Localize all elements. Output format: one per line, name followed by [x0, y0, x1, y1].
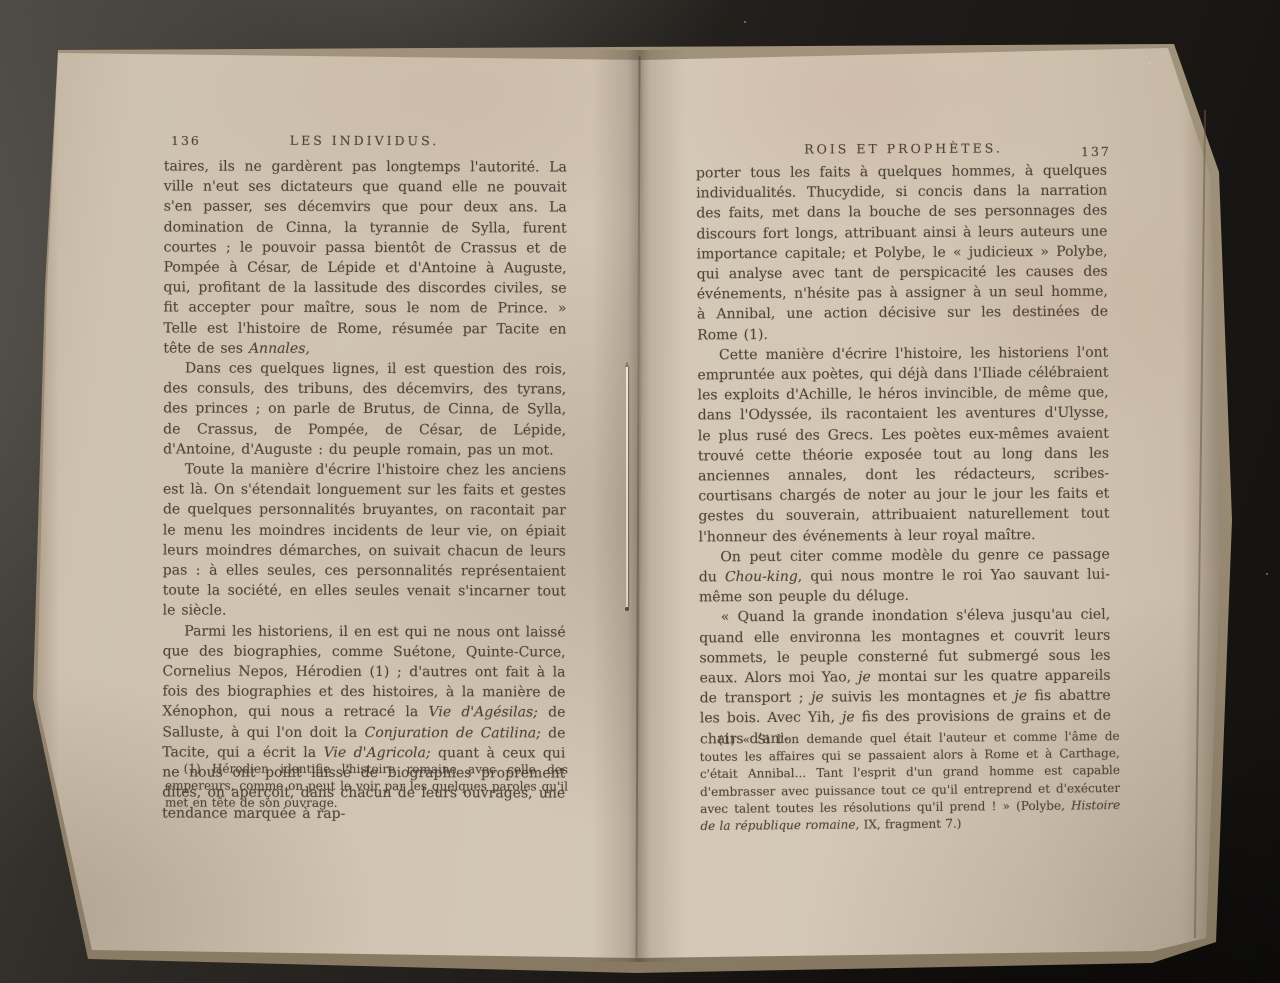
- binding-thread: [626, 366, 628, 608]
- dust-speck: [744, 21, 746, 23]
- paragraph: taires, ils ne gardèrent pas longtemps l…: [163, 156, 567, 359]
- right-page-number: 137: [1081, 144, 1111, 159]
- right-page-footnote: (1) « Si l'on demande quel était l'auteu…: [700, 728, 1121, 835]
- left-page-footnote: (1) Hérodien identifie l'histoire romain…: [165, 760, 568, 813]
- paragraph: (1) Hérodien identifie l'histoire romain…: [165, 760, 568, 813]
- right-page-body: porter tous les faits à quelques hommes,…: [696, 161, 1111, 750]
- right-running-header: ROIS ET PROPHÈTES.: [698, 140, 1109, 157]
- left-running-header: LES INDIVIDUS.: [163, 132, 566, 148]
- left-page-body: taires, ils ne gardèrent pas longtemps l…: [162, 156, 567, 824]
- dust-speck: [1266, 573, 1268, 575]
- paragraph: Dans ces quelques lignes, il est questio…: [163, 359, 566, 461]
- book-photo: 136 LES INDIVIDUS. taires, ils ne gardèr…: [0, 0, 1280, 983]
- paragraph: Cette manière d'écrire l'histoire, les h…: [697, 342, 1109, 547]
- paragraph: On peut citer comme modèle du genre ce p…: [699, 544, 1110, 607]
- paragraph: porter tous les faits à quelques hommes,…: [696, 161, 1108, 346]
- dust-speck: [1148, 62, 1151, 65]
- paragraph: (1) « Si l'on demande quel était l'auteu…: [700, 728, 1121, 835]
- paragraph: Toute la manière d'écrire l'histoire che…: [163, 460, 566, 623]
